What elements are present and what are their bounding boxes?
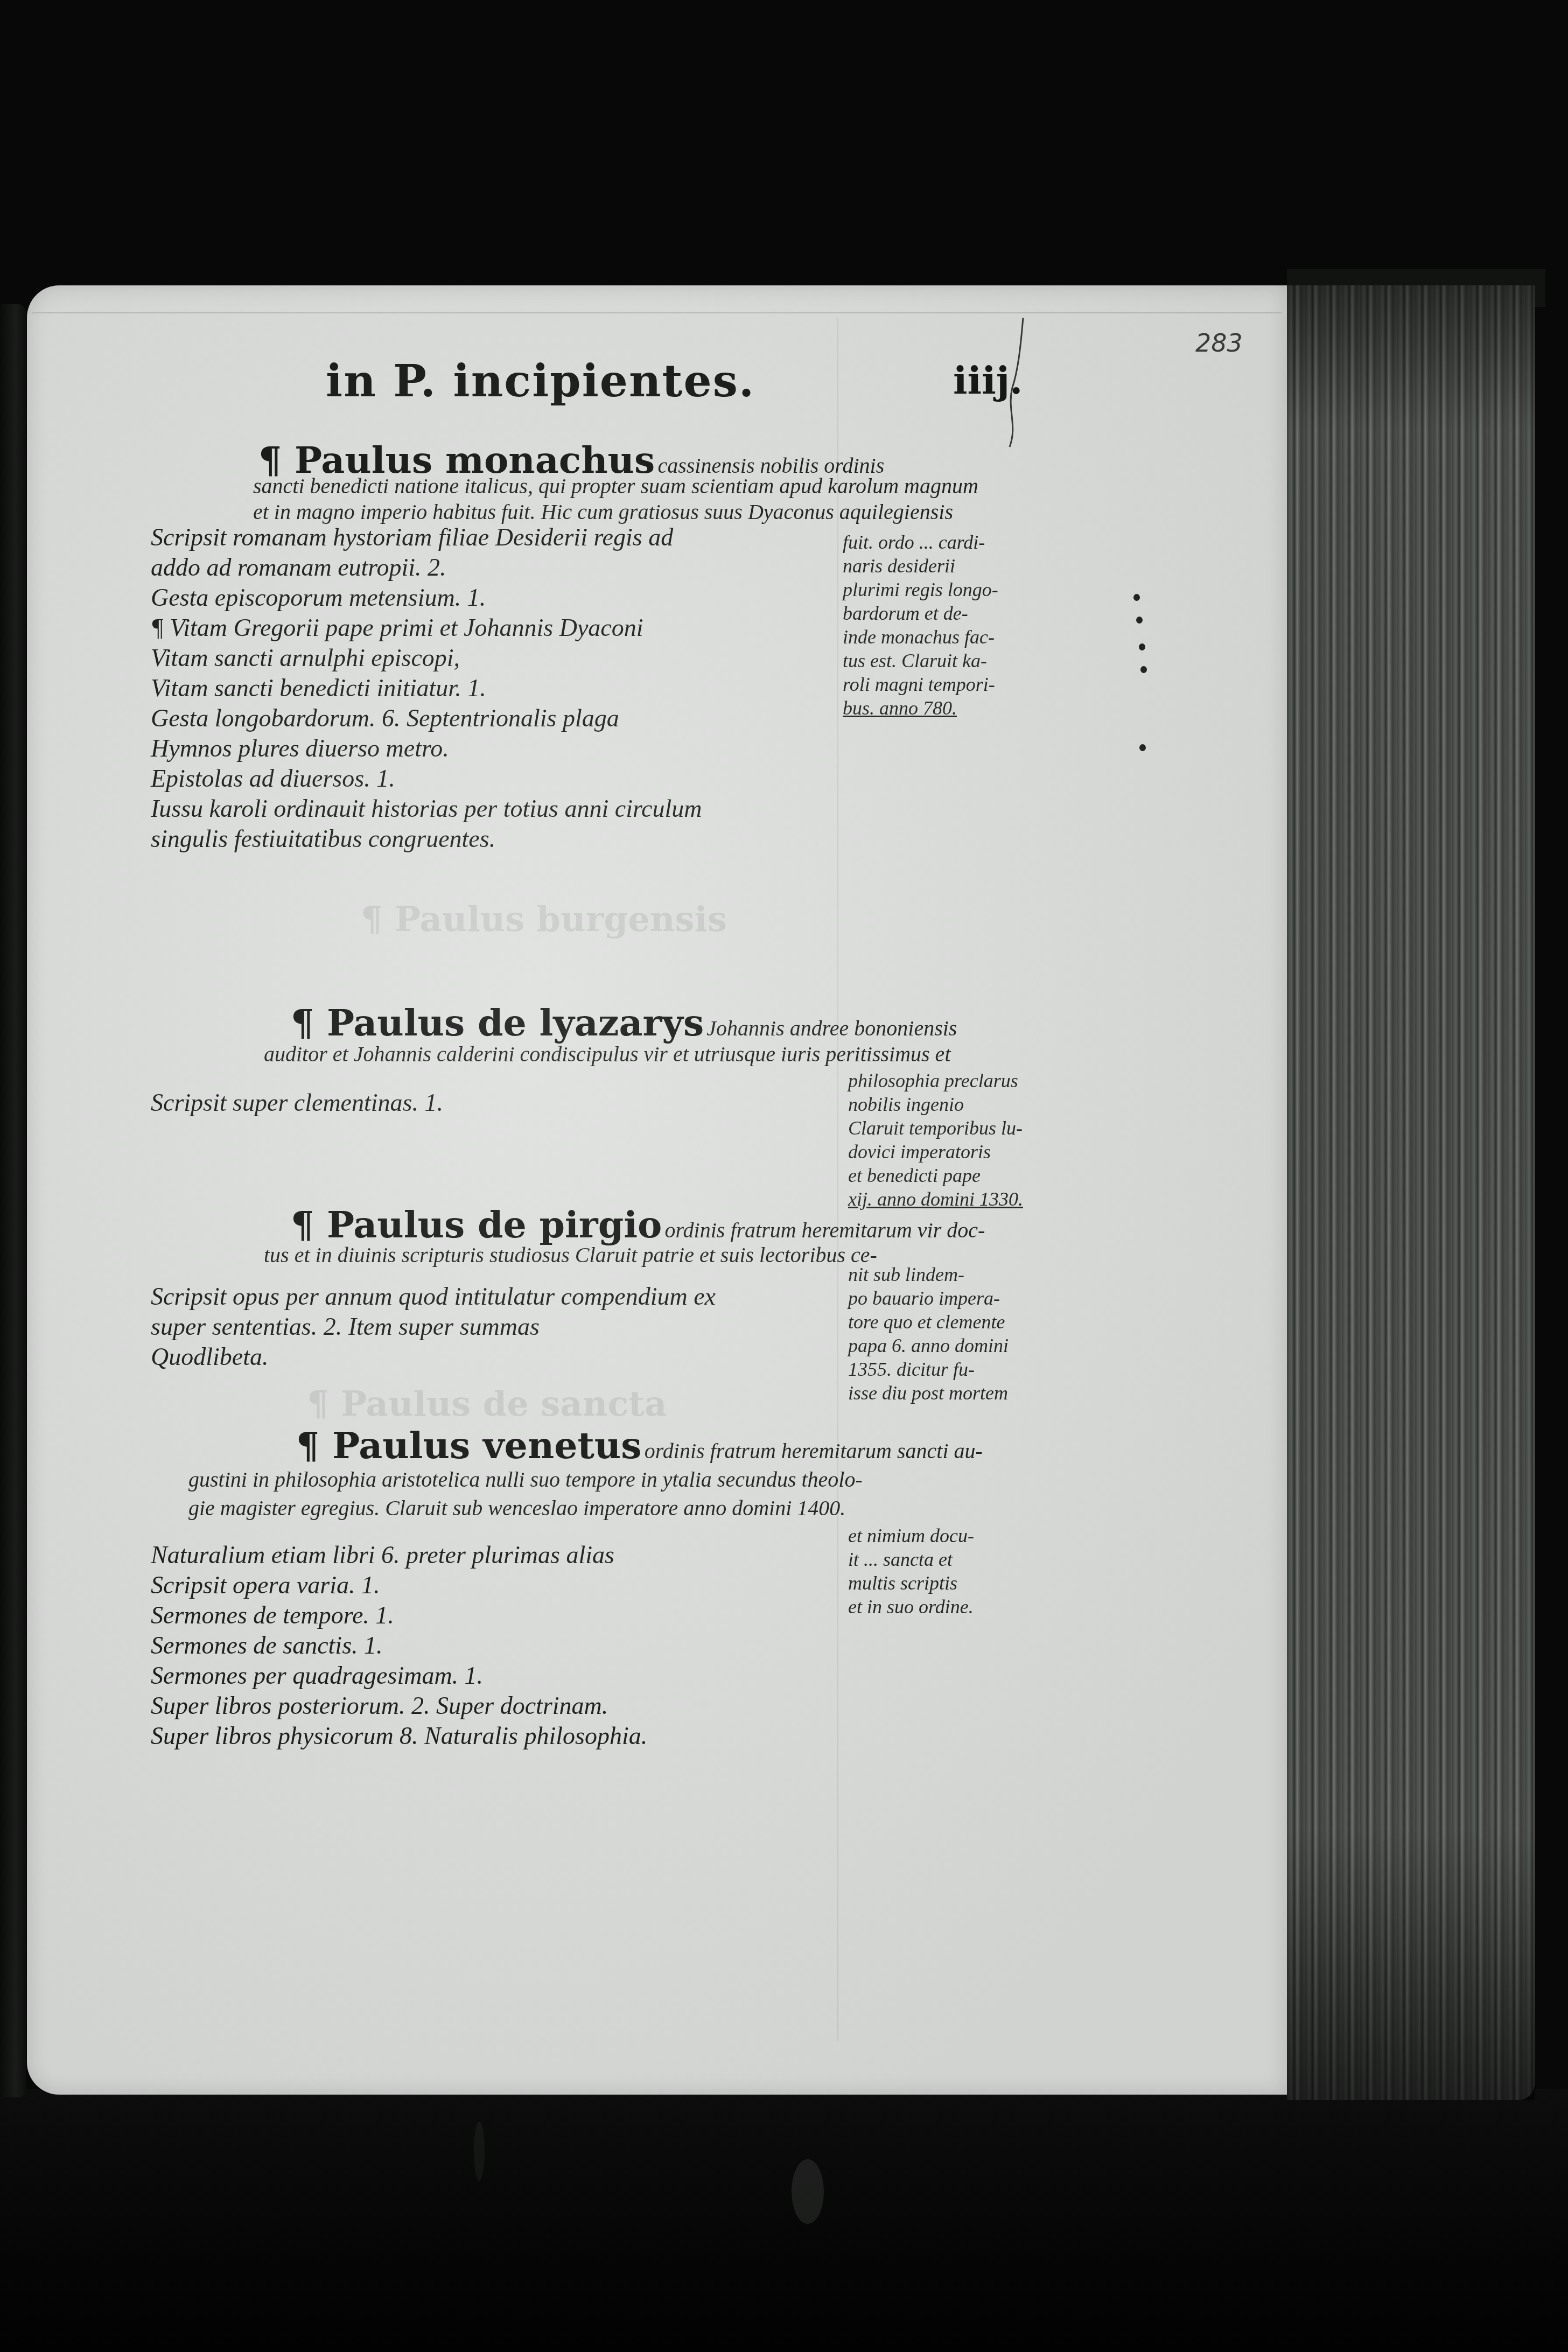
margin-line: naris desiderii xyxy=(843,554,998,578)
margin-note: et nimium docu- it ... sancta et multis … xyxy=(848,1524,974,1619)
dark-background xyxy=(0,2089,1568,2352)
margin-line: philosophia preclarus xyxy=(848,1069,1023,1093)
work-item: Vitam sancti arnulphi episcopi, xyxy=(151,643,702,673)
entry-paulus-de-lyazarys: ¶ Paulus de lyazarys Johannis andree bon… xyxy=(291,1002,957,1045)
work-item: Scripsit super clementinas. 1. xyxy=(151,1088,443,1118)
margin-dot xyxy=(1133,594,1140,601)
work-item: super sententias. 2. Item super summas xyxy=(151,1312,716,1342)
entry-intro-line: sancti benedicti natione italicus, qui p… xyxy=(253,474,978,499)
margin-line: nit sub lindem- xyxy=(848,1263,1009,1286)
margin-line: isse diu post mortem xyxy=(848,1381,1009,1405)
stain xyxy=(792,2159,824,2224)
entry-intro: ordinis fratrum heremitarum sancti au- xyxy=(645,1439,983,1463)
margin-line: tore quo et clemente xyxy=(848,1310,1009,1334)
page-number: 283 xyxy=(1195,328,1243,358)
column-rule xyxy=(837,318,838,2041)
manuscript-page: ¶ Paulus burgensis ¶ Paulus de sancta in… xyxy=(27,285,1287,2095)
work-item: Hymnos plures diuerso metro. xyxy=(151,733,702,764)
margin-line: po bauario impera- xyxy=(848,1286,1009,1310)
margin-line: et benedicti pape xyxy=(848,1164,1023,1187)
previous-page-edge xyxy=(0,304,26,2097)
margin-line: 1355. dicitur fu- xyxy=(848,1357,1009,1381)
entry-intro-line: gustini in philosophia aristotelica null… xyxy=(188,1467,863,1492)
pen-stroke-mark xyxy=(1002,318,1034,458)
margin-dot xyxy=(1136,617,1143,624)
works-list: Scripsit opus per annum quod intitulatur… xyxy=(151,1282,716,1372)
entry-title: ¶ Paulus monachus xyxy=(258,439,655,482)
margin-dot xyxy=(1139,744,1146,751)
folio-numeral: iiij. xyxy=(953,358,1023,403)
entry-intro-line: auditor et Johannis calderini condiscipu… xyxy=(264,1042,951,1067)
work-item: Epistolas ad diuersos. 1. xyxy=(151,764,702,794)
margin-line: xij. anno domini 1330. xyxy=(848,1187,1023,1211)
entry-title: ¶ Paulus de lyazarys xyxy=(291,1002,704,1045)
work-item: Scripsit romanam hystoriam filiae Deside… xyxy=(151,522,702,552)
work-item: Sermones per quadragesimam. 1. xyxy=(151,1661,647,1691)
entry-title: ¶ Paulus venetus xyxy=(296,1424,642,1467)
work-item: Iussu karoli ordinauit historias per tot… xyxy=(151,794,702,824)
entry-intro: Johannis andree bononiensis xyxy=(706,1016,957,1040)
entry-title: ¶ Paulus de pirgio xyxy=(291,1203,662,1247)
margin-line: fuit. ordo ... cardi- xyxy=(843,530,998,554)
stain xyxy=(474,2122,485,2181)
work-item: Super libros posteriorum. 2. Super doctr… xyxy=(151,1691,647,1721)
margin-line: roli magni tempori- xyxy=(843,673,998,696)
margin-line: papa 6. anno domini xyxy=(848,1334,1009,1357)
margin-line: et in suo ordine. xyxy=(848,1595,974,1619)
margin-line: nobilis ingenio xyxy=(848,1093,1023,1116)
entry-intro: ordinis fratrum heremitarum vir doc- xyxy=(665,1218,985,1242)
work-item: Vitam sancti benedicti initiatur. 1. xyxy=(151,673,702,703)
work-item: Naturalium etiam libri 6. preter plurima… xyxy=(151,1540,647,1570)
running-head: in P. incipientes. xyxy=(326,355,755,407)
margin-line: bus. anno 780. xyxy=(843,696,998,720)
works-list: Scripsit romanam hystoriam filiae Deside… xyxy=(151,522,702,854)
work-item: Scripsit opera varia. 1. xyxy=(151,1570,647,1600)
work-item: Super libros physicorum 8. Naturalis phi… xyxy=(151,1721,647,1751)
margin-line: dovici imperatoris xyxy=(848,1140,1023,1164)
bleed-through-text: ¶ Paulus de sancta xyxy=(307,1384,667,1424)
entry-intro-line: tus et in diuinis scripturis studiosus C… xyxy=(264,1243,877,1268)
margin-line: Claruit temporibus lu- xyxy=(848,1116,1023,1140)
entry-paulus-monachus: ¶ Paulus monachus cassinensis nobilis or… xyxy=(258,439,884,482)
entry-intro-line: gie magister egregius. Claruit sub wence… xyxy=(188,1496,845,1521)
margin-line: plurimi regis longo- xyxy=(843,578,998,601)
margin-note: nit sub lindem- po bauario impera- tore … xyxy=(848,1263,1009,1405)
work-item: Sermones de sanctis. 1. xyxy=(151,1630,647,1661)
margin-line: it ... sancta et xyxy=(848,1548,974,1571)
works-list: Naturalium etiam libri 6. preter plurima… xyxy=(151,1540,647,1751)
margin-line: inde monachus fac- xyxy=(843,625,998,649)
work-item: singulis festiuitatibus congruentes. xyxy=(151,824,702,854)
margin-line: et nimium docu- xyxy=(848,1524,974,1548)
work-item: Scripsit opus per annum quod intitulatur… xyxy=(151,1282,716,1312)
margin-dot xyxy=(1139,643,1145,650)
work-item: Gesta episcoporum metensium. 1. xyxy=(151,583,702,613)
work-item: Quodlibeta. xyxy=(151,1342,716,1372)
margin-note: fuit. ordo ... cardi- naris desiderii pl… xyxy=(843,530,998,720)
margin-note: philosophia preclarus nobilis ingenio Cl… xyxy=(848,1069,1023,1211)
book-fore-edge xyxy=(1287,285,1535,2100)
margin-dot xyxy=(1140,666,1147,673)
entry-paulus-de-pirgio: ¶ Paulus de pirgio ordinis fratrum herem… xyxy=(291,1203,985,1247)
work-item: Gesta longobardorum. 6. Septentrionalis … xyxy=(151,703,702,733)
margin-line: bardorum et de- xyxy=(843,601,998,625)
work-item: addo ad romanam eutropii. 2. xyxy=(151,552,702,583)
bleed-through-text: ¶ Paulus burgensis xyxy=(361,899,727,940)
work-item: ¶ Vitam Gregorii pape primi et Johannis … xyxy=(151,613,702,643)
top-rule xyxy=(32,312,1282,313)
entry-intro-line: et in magno imperio habitus fuit. Hic cu… xyxy=(253,500,953,524)
entry-intro: cassinensis nobilis ordinis xyxy=(657,453,884,478)
margin-line: tus est. Claruit ka- xyxy=(843,649,998,673)
work-item: Sermones de tempore. 1. xyxy=(151,1600,647,1630)
margin-line: multis scriptis xyxy=(848,1571,974,1595)
entry-paulus-venetus: ¶ Paulus venetus ordinis fratrum heremit… xyxy=(296,1424,983,1467)
